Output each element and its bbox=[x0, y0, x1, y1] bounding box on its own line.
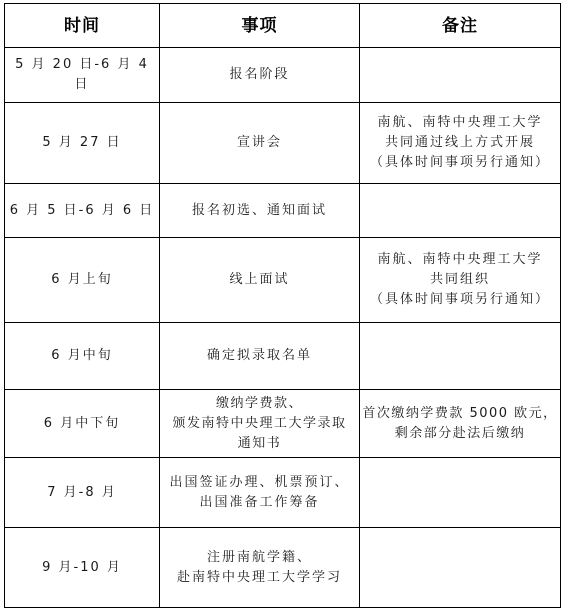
item-line: 赴南特中央理工大学学习 bbox=[162, 568, 357, 588]
item-line: 确定拟录取名单 bbox=[162, 346, 357, 366]
note-line: 首次缴纳学费款 5000 欧元， bbox=[362, 404, 558, 424]
cell-item: 报名初选、通知面试 bbox=[160, 184, 360, 238]
item-line: 颁发南特中央理工大学录取 bbox=[162, 414, 357, 434]
cell-time: 6 月中下旬 bbox=[5, 390, 160, 458]
cell-time: 5 月 20 日-6 月 4 日 bbox=[5, 48, 160, 103]
table-row: 5 月 20 日-6 月 4 日 报名阶段 bbox=[5, 48, 561, 103]
cell-note: 南航、南特中央理工大学 共同组织 （具体时间事项另行通知） bbox=[360, 238, 561, 323]
note-line: 共同通过线上方式开展 bbox=[362, 133, 558, 153]
cell-time: 6 月 5 日-6 月 6 日 bbox=[5, 184, 160, 238]
table-row: 5 月 27 日 宣讲会 南航、南特中央理工大学 共同通过线上方式开展 （具体时… bbox=[5, 103, 561, 184]
header-time: 时间 bbox=[5, 4, 160, 48]
table-row: 6 月 5 日-6 月 6 日 报名初选、通知面试 bbox=[5, 184, 561, 238]
table-row: 9 月-10 月 注册南航学籍、 赴南特中央理工大学学习 bbox=[5, 528, 561, 608]
table-row: 6 月中旬 确定拟录取名单 bbox=[5, 323, 561, 390]
cell-time: 6 月中旬 bbox=[5, 323, 160, 390]
item-line: 出国签证办理、机票预订、 bbox=[162, 473, 357, 493]
item-line: 注册南航学籍、 bbox=[162, 548, 357, 568]
item-line: 报名初选、通知面试 bbox=[162, 201, 357, 221]
note-line: 南航、南特中央理工大学 bbox=[362, 113, 558, 133]
note-line: 剩余部分赴法后缴纳 bbox=[362, 424, 558, 444]
cell-item: 出国签证办理、机票预订、 出国准备工作筹备 bbox=[160, 458, 360, 528]
note-line: （具体时间事项另行通知） bbox=[362, 290, 558, 310]
cell-note bbox=[360, 323, 561, 390]
cell-time: 5 月 27 日 bbox=[5, 103, 160, 184]
cell-time: 7 月-8 月 bbox=[5, 458, 160, 528]
cell-item: 宣讲会 bbox=[160, 103, 360, 184]
cell-item: 线上面试 bbox=[160, 238, 360, 323]
note-line: 共同组织 bbox=[362, 270, 558, 290]
header-row: 时间 事项 备注 bbox=[5, 4, 561, 48]
cell-note bbox=[360, 48, 561, 103]
item-line: 线上面试 bbox=[162, 270, 357, 290]
note-line: （具体时间事项另行通知） bbox=[362, 153, 558, 173]
item-line: 报名阶段 bbox=[162, 65, 357, 85]
cell-note bbox=[360, 528, 561, 608]
cell-note: 南航、南特中央理工大学 共同通过线上方式开展 （具体时间事项另行通知） bbox=[360, 103, 561, 184]
cell-time: 6 月上旬 bbox=[5, 238, 160, 323]
cell-note bbox=[360, 184, 561, 238]
note-line: 南航、南特中央理工大学 bbox=[362, 250, 558, 270]
schedule-table: 时间 事项 备注 5 月 20 日-6 月 4 日 报名阶段 5 月 27 日 … bbox=[4, 3, 561, 608]
cell-item: 报名阶段 bbox=[160, 48, 360, 103]
cell-item: 缴纳学费款、 颁发南特中央理工大学录取 通知书 bbox=[160, 390, 360, 458]
cell-note bbox=[360, 458, 561, 528]
cell-note: 首次缴纳学费款 5000 欧元， 剩余部分赴法后缴纳 bbox=[360, 390, 561, 458]
header-note: 备注 bbox=[360, 4, 561, 48]
cell-item: 注册南航学籍、 赴南特中央理工大学学习 bbox=[160, 528, 360, 608]
cell-item: 确定拟录取名单 bbox=[160, 323, 360, 390]
item-line: 通知书 bbox=[162, 434, 357, 454]
item-line: 出国准备工作筹备 bbox=[162, 493, 357, 513]
table-row: 6 月中下旬 缴纳学费款、 颁发南特中央理工大学录取 通知书 首次缴纳学费款 5… bbox=[5, 390, 561, 458]
cell-time: 9 月-10 月 bbox=[5, 528, 160, 608]
item-line: 宣讲会 bbox=[162, 133, 357, 153]
header-item: 事项 bbox=[160, 4, 360, 48]
table-row: 7 月-8 月 出国签证办理、机票预订、 出国准备工作筹备 bbox=[5, 458, 561, 528]
item-line: 缴纳学费款、 bbox=[162, 394, 357, 414]
table-row: 6 月上旬 线上面试 南航、南特中央理工大学 共同组织 （具体时间事项另行通知） bbox=[5, 238, 561, 323]
